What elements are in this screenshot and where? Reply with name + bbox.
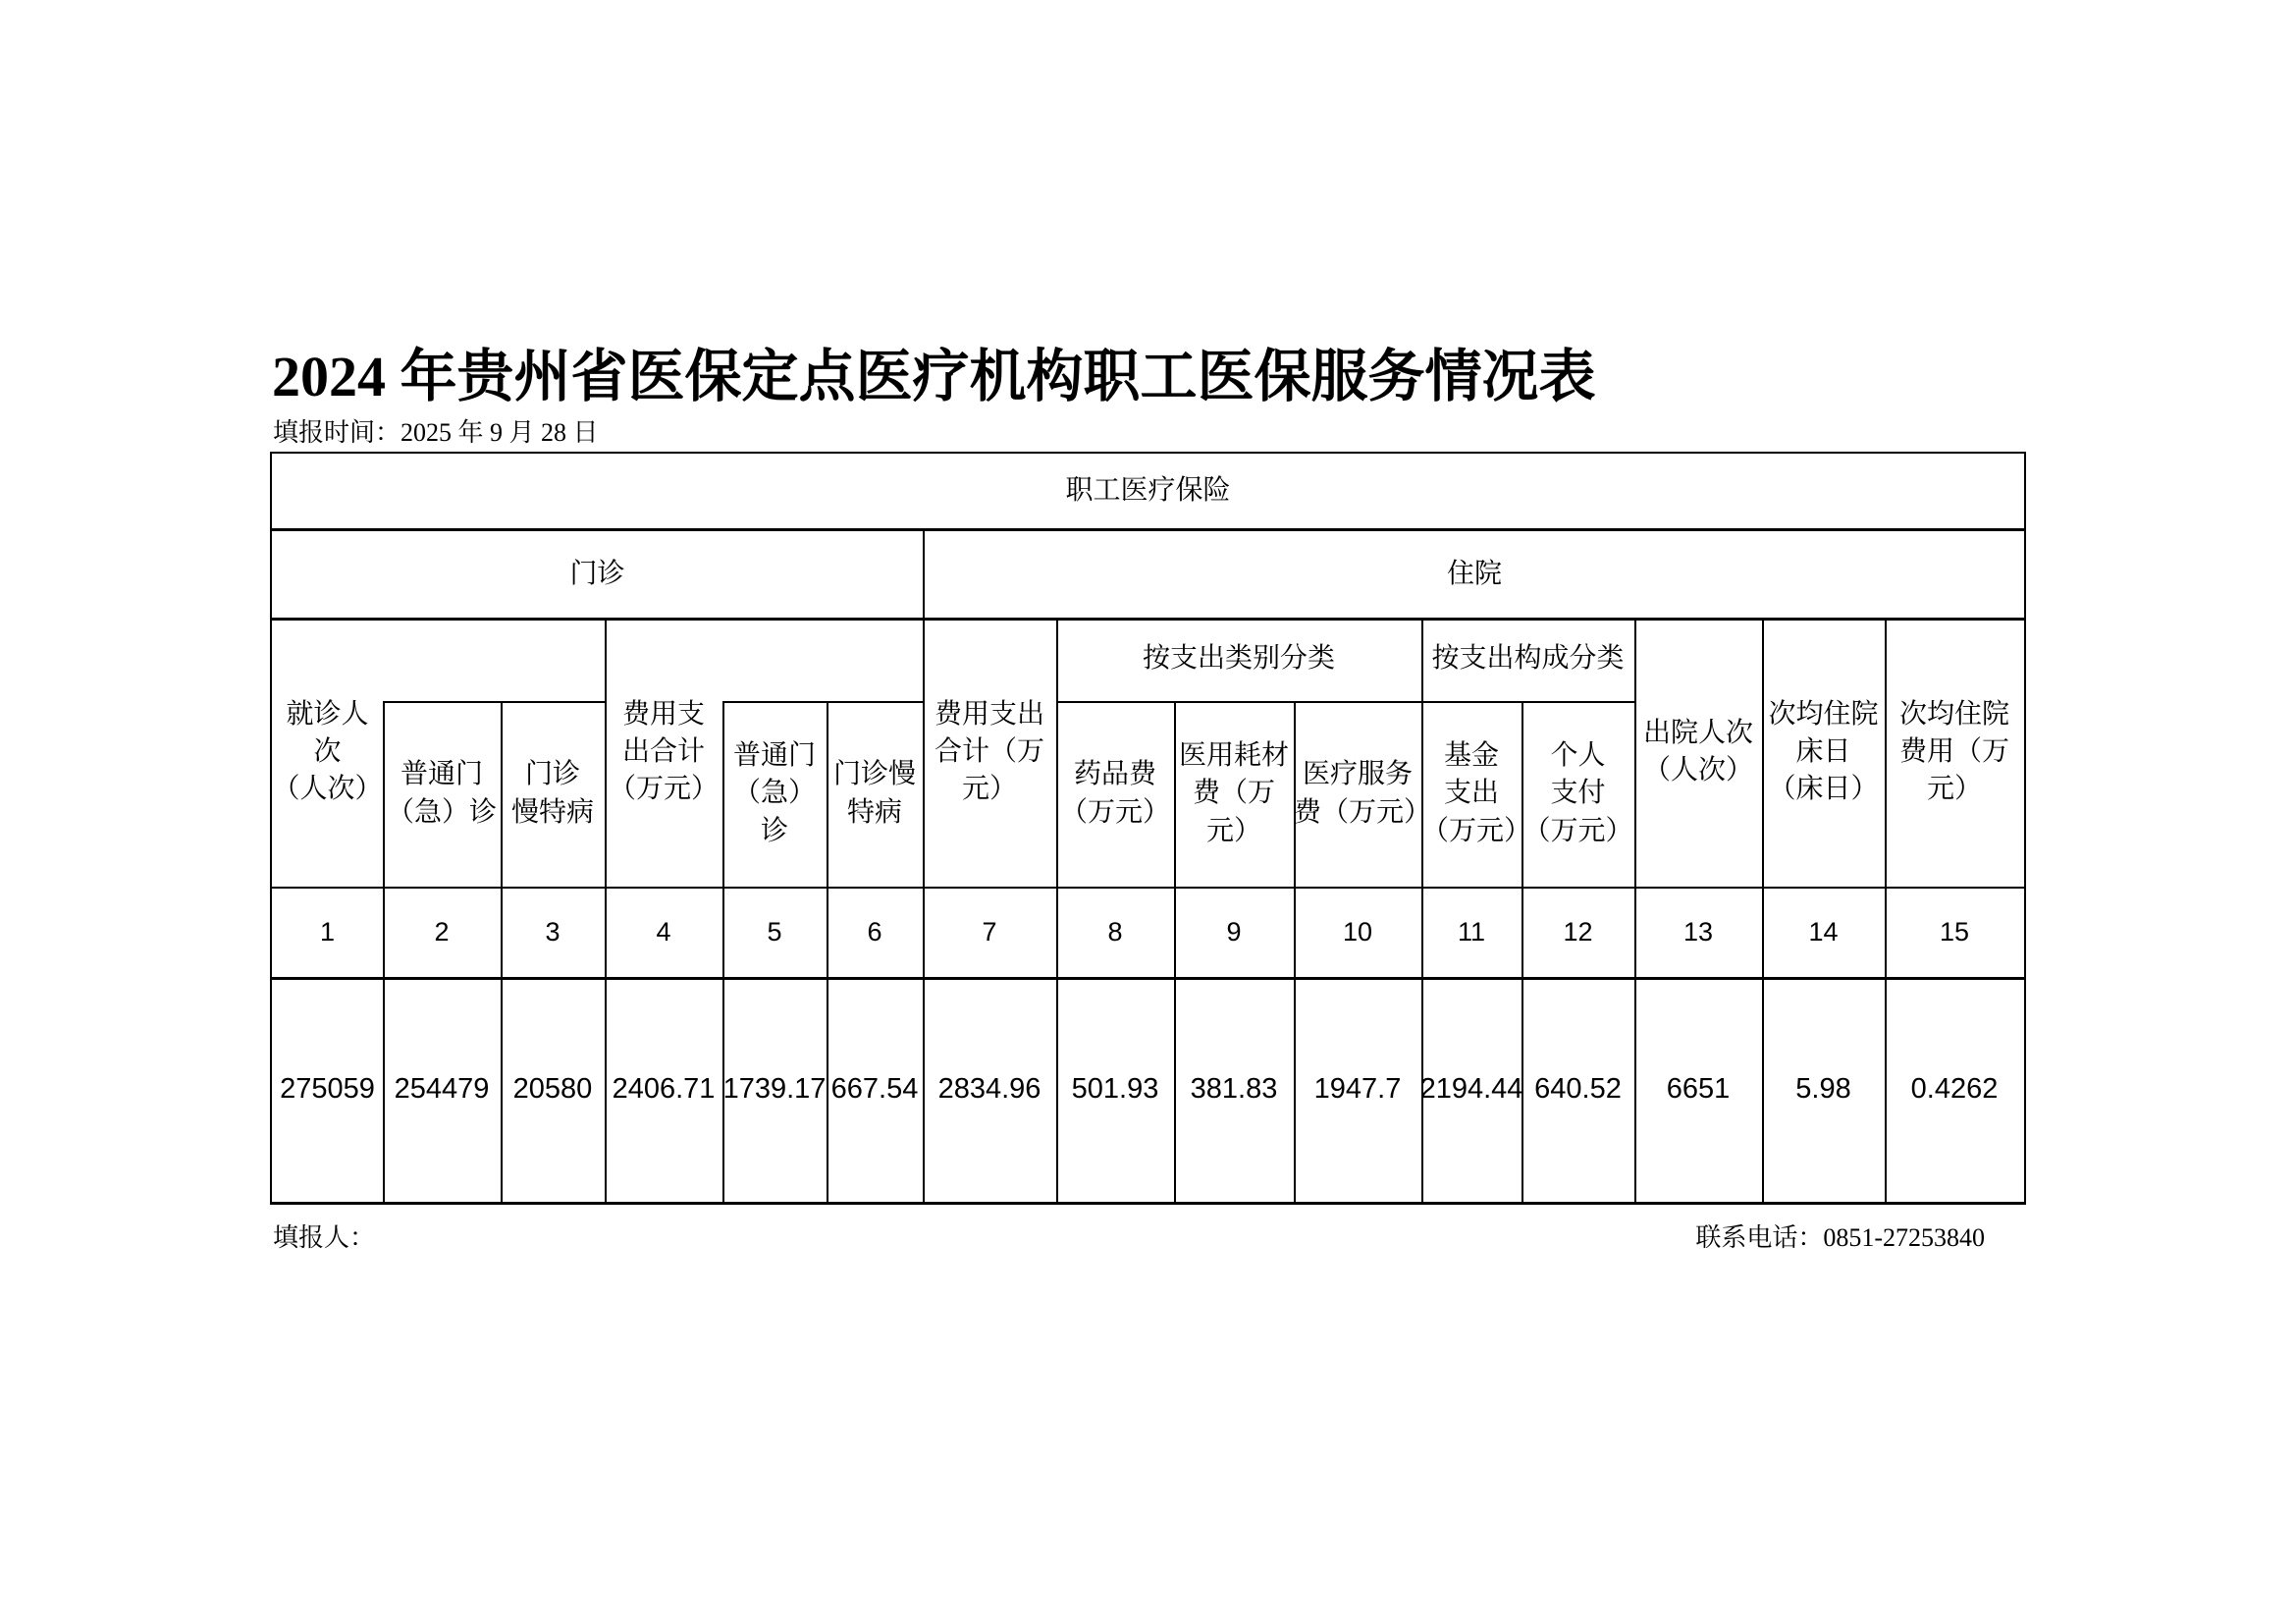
col-header-inpatient-cost-total: 费用支出 合计（万 元） [923, 618, 1056, 887]
value-outpatient-cost-total: 2406.71 [605, 977, 722, 1202]
value-discharges: 6651 [1634, 977, 1762, 1202]
grid-line [1056, 618, 1058, 1202]
value-chronic-outpatient-visits: 20580 [501, 977, 605, 1202]
cell-expense-category-group: 按支出类别分类 [1056, 618, 1421, 701]
col-number-6: 6 [827, 887, 923, 977]
grid-line [605, 618, 607, 1202]
col-header-general-outpatient-cost: 普通门 （急）诊 [722, 701, 827, 887]
col-header-fund-payment: 基金 支出 （万元） [1421, 701, 1522, 887]
report-date: 填报时间：2025 年 9 月 28 日 [273, 412, 599, 449]
col-number-8: 8 [1056, 887, 1174, 977]
medical-insurance-table: 职工医疗保险 门诊 住院 按支出类别分类 按支出构成分类 就诊人 次 （人次） … [270, 452, 2026, 1205]
col-number-5: 5 [722, 887, 827, 977]
value-medical-service-cost: 1947.7 [1294, 977, 1421, 1202]
grid-line [1634, 618, 1636, 1202]
grid-line [1522, 701, 1523, 1202]
value-avg-bed-days: 5.98 [1762, 977, 1885, 1202]
col-number-10: 10 [1294, 887, 1421, 977]
col-header-medical-service-cost: 医疗服务 费（万元） [1294, 701, 1421, 887]
cell-expense-composition-group: 按支出构成分类 [1421, 618, 1634, 701]
col-number-11: 11 [1421, 887, 1522, 977]
col-number-7: 7 [923, 887, 1056, 977]
col-header-avg-cost: 次均住院 费用（万 元） [1885, 618, 2024, 887]
col-header-consumables-cost: 医用耗材 费（万元） [1174, 701, 1294, 887]
col-header-drug-cost: 药品费 （万元） [1056, 701, 1174, 887]
grid-line [383, 701, 605, 703]
col-number-1: 1 [272, 887, 383, 977]
grid-line [501, 701, 503, 1202]
col-header-avg-bed-days: 次均住院 床日 （床日） [1762, 618, 1885, 887]
value-chronic-outpatient-cost: 667.54 [827, 977, 923, 1202]
cell-inpatient-group: 住院 [925, 531, 2024, 618]
grid-line [383, 701, 385, 1202]
grid-line [1174, 701, 1176, 1202]
value-consumables-cost: 381.83 [1174, 977, 1294, 1202]
value-general-outpatient-visits: 254479 [383, 977, 501, 1202]
col-header-discharges: 出院人次 （人次） [1634, 618, 1762, 887]
value-personal-payment: 640.52 [1522, 977, 1634, 1202]
col-number-15: 15 [1885, 887, 2024, 977]
cell-outpatient-group: 门诊 [272, 531, 923, 618]
col-number-13: 13 [1634, 887, 1762, 977]
grid-line [827, 701, 828, 1202]
grid-line [722, 701, 724, 1202]
grid-line [923, 528, 925, 1202]
grid-line [272, 528, 2024, 531]
col-number-14: 14 [1762, 887, 1885, 977]
grid-line [1056, 701, 1634, 703]
grid-line [722, 701, 923, 703]
value-visits: 275059 [272, 977, 383, 1202]
value-inpatient-cost-total: 2834.96 [923, 977, 1056, 1202]
col-header-chronic-outpatient-cost: 门诊慢 特病 [827, 701, 923, 887]
contact-phone: 联系电话：0851-27253840 [272, 1218, 1985, 1254]
grid-line [1421, 618, 1423, 1202]
grid-line [1762, 618, 1764, 1202]
value-general-outpatient-cost: 1739.17 [722, 977, 827, 1202]
col-number-2: 2 [383, 887, 501, 977]
value-fund-payment: 2194.44 [1421, 977, 1522, 1202]
col-header-outpatient-cost-total: 费用支 出合计 （万元） [605, 618, 722, 887]
document-page: { "page": { "title": "2024 年贵州省医保定点医疗机构职… [0, 0, 2296, 1624]
value-avg-cost: 0.4262 [1885, 977, 2024, 1202]
page-title: 2024 年贵州省医保定点医疗机构职工医保服务情况表 [272, 330, 1596, 412]
col-number-4: 4 [605, 887, 722, 977]
col-header-visits: 就诊人 次 （人次） [272, 618, 383, 887]
col-header-chronic-outpatient-visits: 门诊 慢特病 [501, 701, 605, 887]
col-header-general-outpatient-visits: 普通门 （急）诊 [383, 701, 501, 887]
value-drug-cost: 501.93 [1056, 977, 1174, 1202]
cell-insurance-type-header: 职工医疗保险 [272, 454, 2024, 528]
col-number-3: 3 [501, 887, 605, 977]
grid-line [1885, 618, 1887, 1202]
grid-line [1294, 701, 1296, 1202]
col-number-12: 12 [1522, 887, 1634, 977]
col-header-personal-payment: 个人 支付 （万元） [1522, 701, 1634, 887]
col-number-9: 9 [1174, 887, 1294, 977]
